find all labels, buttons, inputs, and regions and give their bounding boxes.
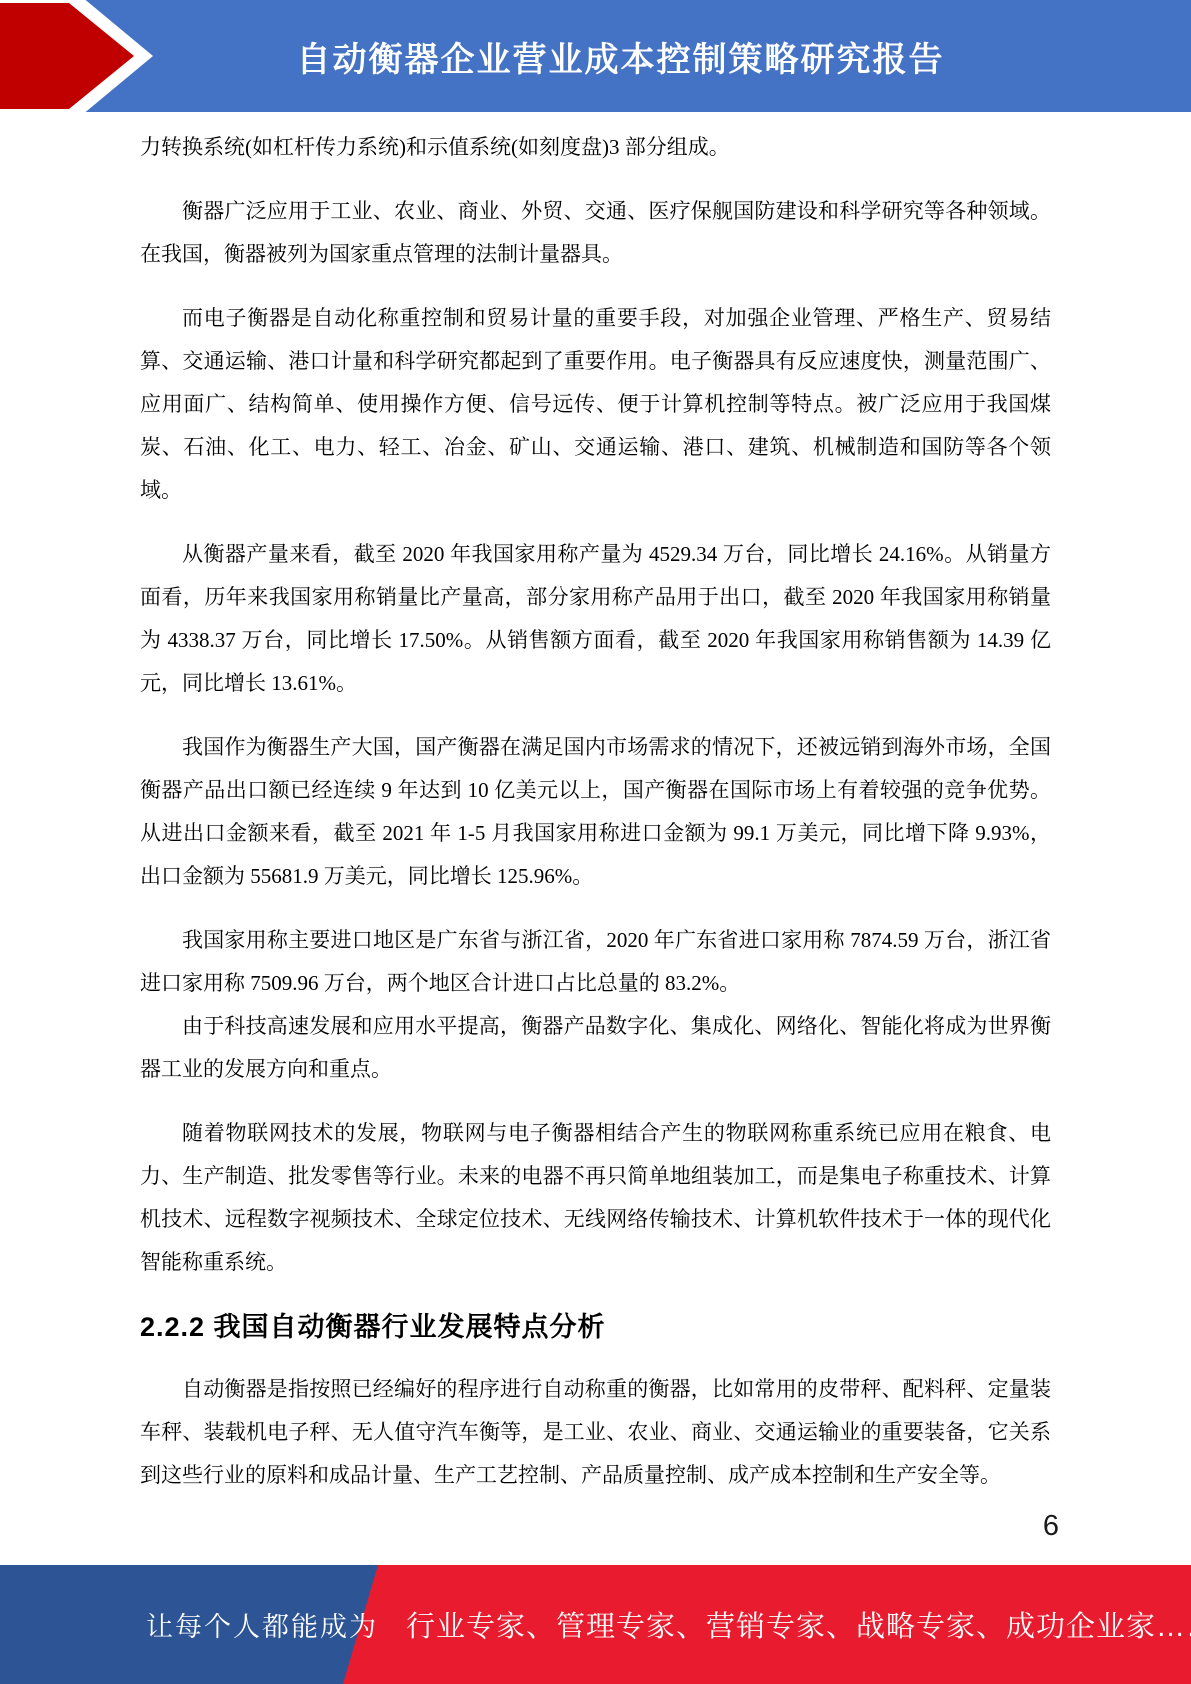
body-paragraph: 而电子衡器是自动化称重控制和贸易计量的重要手段，对加强企业管理、严格生产、贸易结… <box>140 297 1051 512</box>
footer-slogan-left: 让每个人都能成为 <box>146 1565 378 1684</box>
report-title: 自动衡器企业营业成本控制策略研究报告 <box>25 0 1191 112</box>
page-body: 力转换系统(如杠杆传力系统)和示值系统(如刻度盘)3 部分组成。 衡器广泛应用于… <box>140 126 1051 1497</box>
body-paragraph: 我国作为衡器生产大国，国产衡器在满足国内市场需求的情况下，还被远销到海外市场，全… <box>140 726 1051 898</box>
body-paragraph: 力转换系统(如杠杆传力系统)和示值系统(如刻度盘)3 部分组成。 <box>140 126 1051 169</box>
page-header-banner: 自动衡器企业营业成本控制策略研究报告 <box>0 0 1191 112</box>
page-number: 6 <box>1043 1510 1059 1543</box>
body-paragraph: 衡器广泛应用于工业、农业、商业、外贸、交通、医疗保舰国防建设和科学研究等各种领域… <box>140 190 1051 276</box>
report-page: 自动衡器企业营业成本控制策略研究报告 力转换系统(如杠杆传力系统)和示值系统(如… <box>0 0 1191 1684</box>
body-paragraph: 我国家用称主要进口地区是广东省与浙江省，2020 年广东省进口家用称 7874.… <box>140 919 1051 1005</box>
footer-slogan-right: 行业专家、管理专家、营销专家、战略专家、成功企业家…… <box>406 1565 1191 1684</box>
body-paragraph: 从衡器产量来看，截至 2020 年我国家用称产量为 4529.34 万台，同比增… <box>140 533 1051 705</box>
page-footer-banner: 让每个人都能成为 行业专家、管理专家、营销专家、战略专家、成功企业家…… <box>0 1565 1191 1684</box>
body-paragraph: 自动衡器是指按照已经编好的程序进行自动称重的衡器，比如常用的皮带秤、配料秤、定量… <box>140 1368 1051 1497</box>
body-paragraph: 随着物联网技术的发展，物联网与电子衡器相结合产生的物联网称重系统已应用在粮食、电… <box>140 1112 1051 1284</box>
section-heading: 2.2.2 我国自动衡器行业发展特点分析 <box>140 1305 1051 1344</box>
body-paragraph: 由于科技高速发展和应用水平提高，衡器产品数字化、集成化、网络化、智能化将成为世界… <box>140 1005 1051 1091</box>
